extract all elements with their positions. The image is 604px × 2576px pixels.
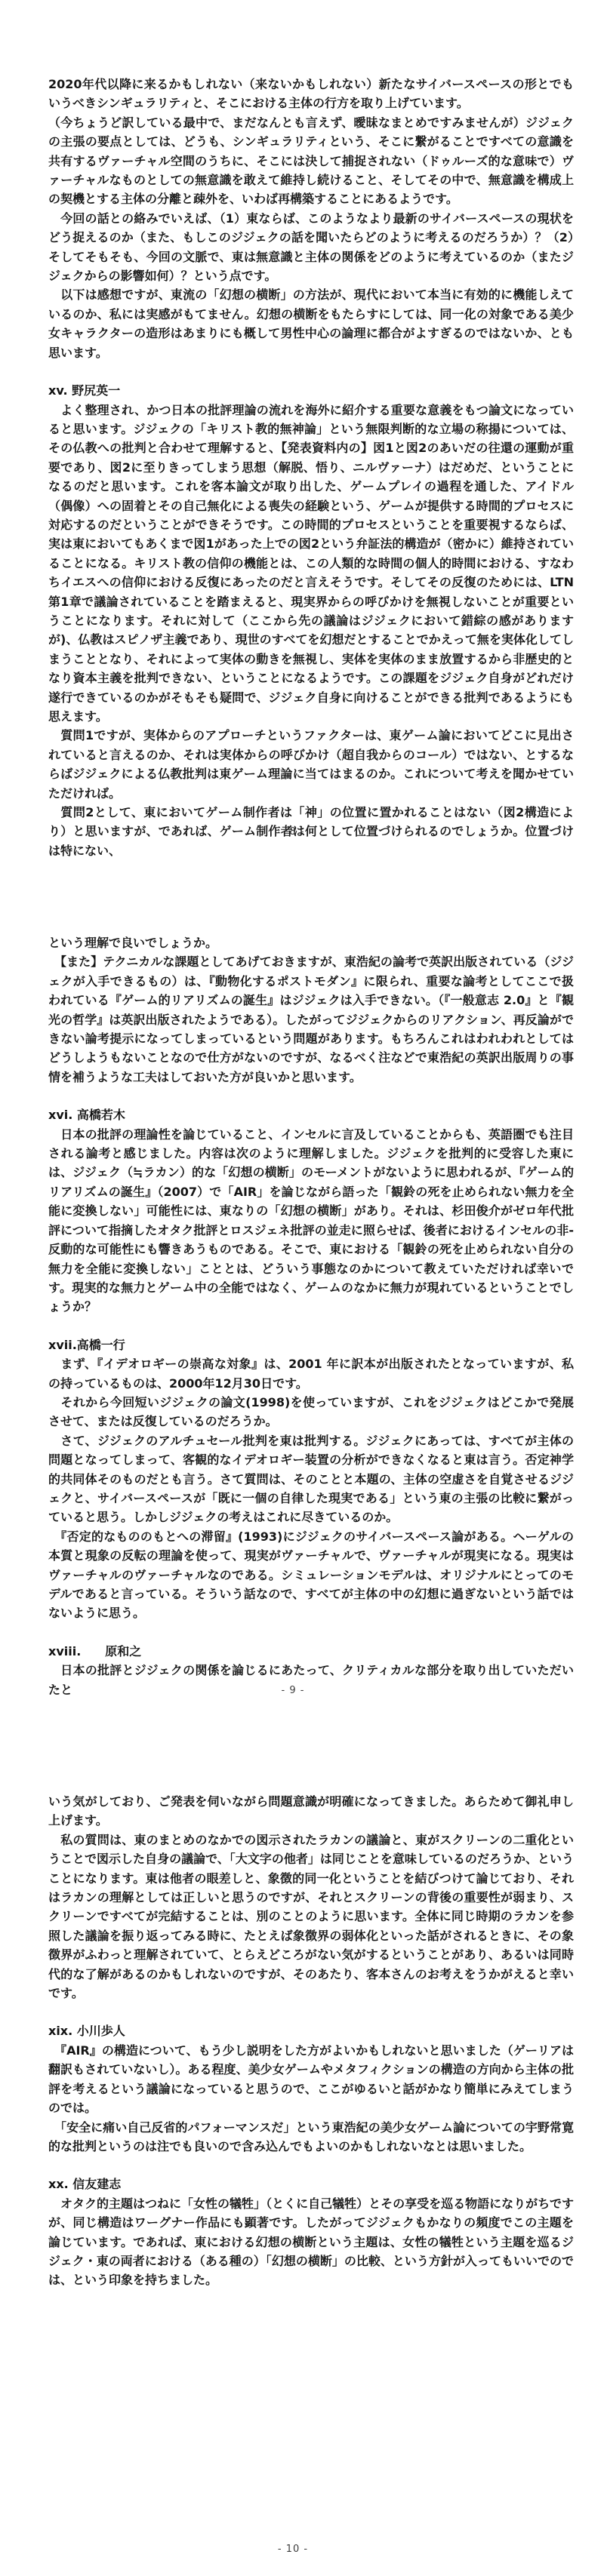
document-page: いう気がしており、ご発表を伺いながら問題意識が明確になってきました。あらためて御… [0,1717,604,2576]
page-number: - 8 - [0,826,586,838]
paragraph: 2020年代以降に来るかもしれない（来ないかもしれない）新たなサイバースペースの… [48,75,574,113]
paragraph: （今ちょうど訳している最中で、まだなんとも言えず、曖昧なまとめですみませんが）ジ… [48,113,574,209]
document: 2020年代以降に来るかもしれない（来ないかもしれない）新たなサイバースペースの… [0,0,604,2576]
section-heading: xvii.高橋一行 [48,1336,574,1354]
paragraph: それから今回短いジジェクの論文(1998)を使っていますが、これをジジェクはどこ… [48,1393,574,1431]
section-heading: xvi. 高橋若木 [48,1105,574,1124]
section-heading: xviii. 原和之 [48,1642,574,1661]
document-page: という理解で良いでしょうか。 【また】テクニカルな課題としてあげておきますが、東… [0,859,604,1717]
paragraph: 質問1ですが、実体からのアプローチというファクターは、東ゲーム論においてどこに見… [48,726,574,803]
paragraph: 「安全に痛い自己反省的パフォーマンスだ」という東浩紀の美少女ゲーム論についての宇… [48,2118,574,2156]
paragraph: まず、『イデオロギーの崇高な対象』は、2001 年に訳本が出版されたとなっていま… [48,1354,574,1393]
section-heading: xv. 野尻英一 [48,381,574,400]
paragraph: 今回の話との絡みでいえば、（1）東ならば、このようなより最新のサイバースペースの… [48,209,574,286]
section-heading: xix. 小川歩人 [48,2021,574,2040]
paragraph: 【また】テクニカルな課題としてあげておきますが、東浩紀の論考で英訳出版されている… [48,952,574,1087]
paragraph: 『AIR』の構造について、もう少し説明をした方がよいかもしれないと思いました（ゲ… [48,2041,574,2118]
document-page: 2020年代以降に来るかもしれない（来ないかもしれない）新たなサイバースペースの… [0,0,604,859]
paragraph: という理解で良いでしょうか。 [48,933,574,952]
section-heading: xx. 信友建志 [48,2175,574,2193]
paragraph: 『否定的なもののもとへの滞留』(1993)にジジェクのサイバースペース論がある。… [48,1527,574,1623]
paragraph: 私の質問は、東のまとめのなかでの図示されたラカンの議論と、東がスクリーンの二重化… [48,1831,574,2003]
paragraph: いう気がしており、ご発表を伺いながら問題意識が明確になってきました。あらためて御… [48,1792,574,1831]
page-number: - 10 - [0,2544,586,2555]
page-number: - 9 - [0,1685,586,1696]
paragraph: よく整理され、かつ日本の批評理論の流れを海外に紹介する重要な意義をもつ論文になっ… [48,401,574,727]
paragraph: さて、ジジェクのアルチュセール批判を東は批判する。ジジェクにあっては、すべてが主… [48,1431,574,1527]
paragraph: 日本の批評の理論性を論じていること、インセルに言及していることからも、英語圏でも… [48,1125,574,1317]
paragraph: 以下は感想ですが、東流の「幻想の横断」の方法が、現代において本当に有効的に機能し… [48,285,574,362]
paragraph: オタク的主題はつねに「女性の犠牲」（とくに自己犠牲）とその享受を巡る物語になりが… [48,2194,574,2290]
